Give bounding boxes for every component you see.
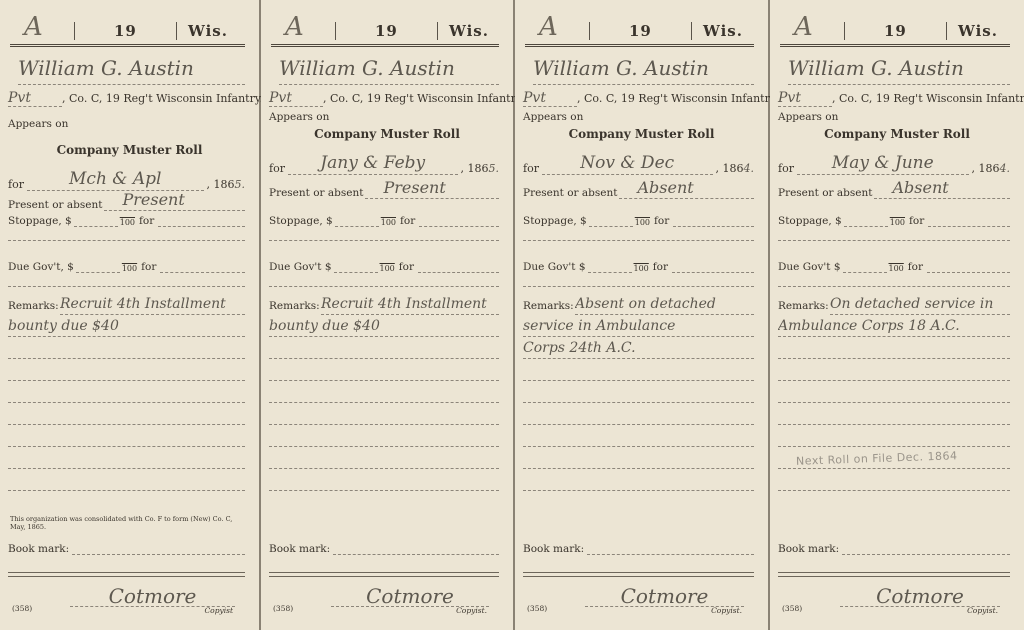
appears-on-label: Appears on — [269, 111, 329, 123]
muster-period: Jany & Feby — [288, 152, 458, 175]
present-absent-value: Absent — [619, 178, 754, 199]
present-absent-line: Present or absent Absent — [523, 178, 754, 199]
bookmark-line: Book mark: — [523, 543, 754, 555]
present-absent-label: Present or absent — [8, 199, 102, 211]
for-label: for — [523, 162, 539, 175]
card-header: A 19 Wis. — [271, 18, 499, 47]
stoppage-label: Stoppage, $ — [778, 215, 842, 227]
for-word: for — [399, 261, 414, 273]
stoppage-line: Stoppage, $ 100 for — [523, 214, 754, 227]
due-amount-blank — [843, 260, 887, 273]
for-word: for — [141, 261, 156, 273]
remarks-line — [269, 384, 499, 403]
stoppage-amount-blank — [844, 214, 888, 227]
blank-rule — [778, 240, 1010, 241]
remarks-line: Corps 24th A.C. — [523, 340, 754, 359]
soldier-name: William G. Austin — [279, 56, 499, 85]
remarks-line — [269, 472, 499, 491]
copyist-label: Copyist. — [456, 606, 487, 615]
due-for-blank — [672, 260, 754, 273]
rank: Pvt — [8, 90, 62, 107]
cents-label: 100 — [889, 264, 904, 273]
copyist-signature: Cotmore — [840, 584, 1000, 607]
unit-text: , Co. C, 19 Reg't Wisconsin Infantry. — [62, 92, 263, 105]
remarks-label: Remarks: — [269, 300, 320, 312]
due-for-blank — [160, 260, 245, 273]
bookmark-blank — [333, 543, 499, 555]
roll-title: Company Muster Roll — [770, 127, 1024, 141]
remarks-line — [8, 472, 245, 491]
bookmark-line: Book mark: — [269, 543, 499, 555]
present-absent-label: Present or absent — [269, 187, 363, 199]
for-word: for — [400, 215, 415, 227]
remarks-line — [523, 472, 754, 491]
present-absent-line: Present or absent Absent — [778, 178, 1010, 199]
due-amount-blank — [334, 260, 378, 273]
cents-label: 100 — [890, 218, 905, 227]
remarks-line — [778, 406, 1010, 425]
form-number: (358) — [273, 604, 293, 613]
regiment-number: 19 — [884, 22, 907, 40]
form-number: (358) — [782, 604, 802, 613]
muster-roll-card: A 19 Wis. William G. Austin Pvt, Co. C, … — [261, 0, 515, 630]
soldier-name: William G. Austin — [788, 56, 1010, 85]
remarks-line — [523, 450, 754, 469]
copyist-signature: Cotmore — [585, 584, 744, 607]
remarks-line — [269, 362, 499, 381]
year-prefix: , 186 — [461, 162, 489, 175]
stoppage-for-blank — [419, 214, 499, 227]
cents-label: 100 — [380, 264, 395, 273]
blank-rule — [523, 240, 754, 241]
remarks-line: Absent on detached — [575, 296, 754, 315]
company-letter: A — [539, 12, 558, 42]
remarks-line — [8, 406, 245, 425]
for-word: for — [654, 215, 669, 227]
stoppage-line: Stoppage, $ 100 for — [8, 214, 245, 227]
header-divider — [176, 22, 177, 40]
header-divider — [335, 22, 336, 40]
company-letter: A — [794, 12, 813, 42]
cents-label: 100 — [634, 264, 649, 273]
blank-rule — [8, 240, 245, 241]
bookmark-label: Book mark: — [8, 543, 69, 555]
muster-roll-card: A 19 Wis. William G. Austin Pvt, Co. C, … — [515, 0, 770, 630]
due-for-blank — [927, 260, 1010, 273]
bookmark-line: Book mark: — [8, 543, 245, 555]
stoppage-label: Stoppage, $ — [523, 215, 587, 227]
rank-unit-line: Pvt, Co. C, 19 Reg't Wisconsin Infantry. — [523, 90, 760, 107]
remarks-line: Recruit 4th Installment — [60, 296, 245, 315]
roll-title: Company Muster Roll — [261, 127, 513, 141]
cents-label: 100 — [635, 218, 650, 227]
header-divider — [74, 22, 75, 40]
form-number: (358) — [12, 604, 32, 613]
bookmark-label: Book mark: — [269, 543, 330, 555]
unit-text: , Co. C, 19 Reg't Wisconsin Infantry. — [832, 92, 1024, 105]
double-rule — [269, 572, 499, 577]
present-absent-line: Present or absent Present — [269, 178, 499, 199]
rank-unit-line: Pvt, Co. C, 19 Reg't Wisconsin Infantry. — [269, 90, 505, 107]
muster-roll-card: A 19 Wis. William G. Austin Pvt, Co. C, … — [0, 0, 261, 630]
soldier-name: William G. Austin — [18, 56, 245, 85]
for-label: for — [778, 162, 794, 175]
due-amount-blank — [588, 260, 632, 273]
remarks-line — [8, 362, 245, 381]
stoppage-line: Stoppage, $ 100 for — [269, 214, 499, 227]
stoppage-amount-blank — [74, 214, 118, 227]
appears-on-label: Appears on — [523, 111, 583, 123]
due-govt-label: Due Gov't $ — [523, 261, 586, 273]
remarks-label: Remarks: — [778, 300, 829, 312]
due-govt-line: Due Gov't $ 100 for — [523, 260, 754, 273]
stoppage-line: Stoppage, $ 100 for — [778, 214, 1010, 227]
rank-unit-line: Pvt, Co. C, 19 Reg't Wisconsin Infantry. — [8, 90, 251, 107]
remarks-line: bounty due $40 — [8, 318, 245, 337]
copyist-label: Copyist. — [711, 606, 742, 615]
present-absent-value: Present — [104, 190, 245, 211]
stoppage-for-blank — [158, 214, 245, 227]
copyist-label: Copyist — [204, 606, 233, 615]
cents-label: 100 — [120, 218, 135, 227]
roll-title: Company Muster Roll — [515, 127, 768, 141]
rank: Pvt — [778, 90, 832, 107]
stoppage-amount-blank — [589, 214, 633, 227]
muster-period: Nov & Dec — [542, 152, 713, 175]
roll-title: Company Muster Roll — [0, 143, 259, 157]
blank-rule — [269, 240, 499, 241]
remarks-line: bounty due $40 — [269, 318, 499, 337]
remarks-line — [269, 450, 499, 469]
copyist-signature: Cotmore — [331, 584, 489, 607]
cents-label: 100 — [381, 218, 396, 227]
company-letter: A — [24, 12, 43, 42]
year-prefix: , 186 — [972, 162, 1000, 175]
soldier-name: William G. Austin — [533, 56, 754, 85]
consolidation-note: This organization was consolidated with … — [10, 515, 245, 531]
year-prefix: , 186 — [716, 162, 744, 175]
cents-label: 100 — [122, 264, 137, 273]
for-label: for — [269, 162, 285, 175]
stoppage-label: Stoppage, $ — [8, 215, 72, 227]
muster-period: May & June — [797, 152, 969, 175]
present-absent-value: Present — [365, 178, 499, 199]
remarks-line — [8, 340, 245, 359]
bookmark-blank — [587, 543, 754, 555]
card-header: A 19 Wis. — [525, 18, 754, 47]
bookmark-line: Book mark: — [778, 543, 1010, 555]
present-absent-label: Present or absent — [523, 187, 617, 199]
blank-rule — [8, 286, 245, 287]
remarks-line: On detached service in — [830, 296, 1010, 315]
year-digit: 5. — [489, 162, 500, 175]
due-govt-label: Due Gov't $ — [269, 261, 332, 273]
form-number: (358) — [527, 604, 547, 613]
present-absent-value: Absent — [874, 178, 1010, 199]
stoppage-amount-blank — [335, 214, 379, 227]
header-divider — [691, 22, 692, 40]
due-govt-line: Due Gov't $ 100 for — [778, 260, 1010, 273]
bookmark-label: Book mark: — [778, 543, 839, 555]
blank-rule — [523, 286, 754, 287]
period-line: for May & June , 1864. — [778, 152, 1010, 175]
blank-rule — [778, 286, 1010, 287]
remarks-line — [523, 406, 754, 425]
remarks-line — [8, 384, 245, 403]
remarks-line — [269, 406, 499, 425]
copyist-label: Copyist. — [967, 606, 998, 615]
for-word: for — [908, 261, 923, 273]
state-abbreviation: Wis. — [703, 22, 743, 40]
header-divider — [589, 22, 590, 40]
unit-text: , Co. C, 19 Reg't Wisconsin Infantry. — [323, 92, 524, 105]
due-govt-label: Due Gov't, $ — [8, 261, 74, 273]
copyist-signature: Cotmore — [70, 584, 235, 607]
state-abbreviation: Wis. — [958, 22, 998, 40]
appears-on-label: Appears on — [778, 111, 838, 123]
appears-on-label: Appears on — [8, 118, 68, 130]
remarks-line — [523, 384, 754, 403]
bookmark-blank — [72, 543, 245, 555]
remarks-line — [778, 340, 1010, 359]
rank: Pvt — [523, 90, 577, 107]
muster-period: Mch & Apl — [27, 168, 204, 191]
due-govt-line: Due Gov't, $ 100 for — [8, 260, 245, 273]
regiment-number: 19 — [114, 22, 137, 40]
remarks-label: Remarks: — [523, 300, 574, 312]
stoppage-for-blank — [928, 214, 1010, 227]
remarks-line — [778, 362, 1010, 381]
muster-roll-card: A 19 Wis. William G. Austin Pvt, Co. C, … — [770, 0, 1024, 630]
bookmark-blank — [842, 543, 1010, 555]
remarks-line: Ambulance Corps 18 A.C. — [778, 318, 1010, 337]
remarks-line — [778, 384, 1010, 403]
blank-rule — [269, 286, 499, 287]
company-letter: A — [285, 12, 304, 42]
due-govt-label: Due Gov't $ — [778, 261, 841, 273]
rank-unit-line: Pvt, Co. C, 19 Reg't Wisconsin Infantry. — [778, 90, 1016, 107]
present-absent-line: Present or absent Present — [8, 190, 245, 211]
remarks-line — [778, 428, 1010, 447]
due-amount-blank — [76, 260, 120, 273]
remarks-line — [778, 472, 1010, 491]
unit-text: , Co. C, 19 Reg't Wisconsin Infantry. — [577, 92, 778, 105]
due-govt-line: Due Gov't $ 100 for — [269, 260, 499, 273]
remarks-line: Recruit 4th Installment — [321, 296, 499, 315]
remarks-line — [8, 428, 245, 447]
for-word: for — [909, 215, 924, 227]
due-for-blank — [418, 260, 499, 273]
state-abbreviation: Wis. — [188, 22, 228, 40]
present-absent-label: Present or absent — [778, 187, 872, 199]
service-record-strip: A 19 Wis. William G. Austin Pvt, Co. C, … — [0, 0, 1024, 630]
period-line: for Nov & Dec , 1864. — [523, 152, 754, 175]
double-rule — [778, 572, 1010, 577]
rank: Pvt — [269, 90, 323, 107]
remarks-line — [8, 450, 245, 469]
double-rule — [8, 572, 245, 577]
remarks-line: service in Ambulance — [523, 318, 754, 337]
period-line: for Mch & Apl , 1865. — [8, 168, 245, 191]
header-divider — [437, 22, 438, 40]
remarks-line — [523, 362, 754, 381]
year-digit: 4. — [1000, 162, 1011, 175]
header-divider — [844, 22, 845, 40]
remarks-label: Remarks: — [8, 300, 59, 312]
stoppage-for-blank — [673, 214, 754, 227]
for-word: for — [653, 261, 668, 273]
card-header: A 19 Wis. — [780, 18, 1010, 47]
remarks-line — [269, 428, 499, 447]
bookmark-label: Book mark: — [523, 543, 584, 555]
period-line: for Jany & Feby , 1865. — [269, 152, 499, 175]
for-word: for — [139, 215, 154, 227]
stoppage-label: Stoppage, $ — [269, 215, 333, 227]
remarks-line — [269, 340, 499, 359]
card-header: A 19 Wis. — [10, 18, 245, 47]
header-divider — [946, 22, 947, 40]
year-digit: 4. — [744, 162, 755, 175]
remarks-line — [523, 428, 754, 447]
state-abbreviation: Wis. — [449, 22, 489, 40]
double-rule — [523, 572, 754, 577]
regiment-number: 19 — [629, 22, 652, 40]
regiment-number: 19 — [375, 22, 398, 40]
